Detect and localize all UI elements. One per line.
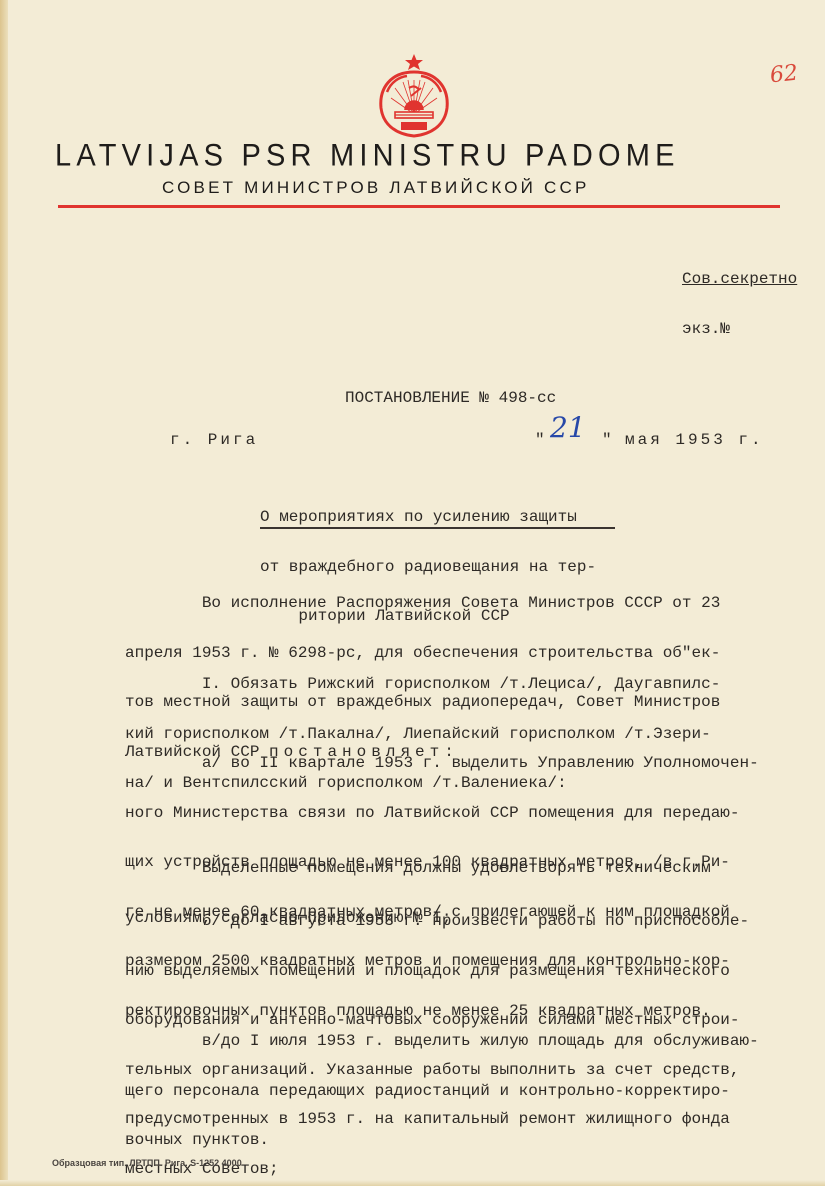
subject-line: О мероприятиях по усилению защиты <box>260 509 596 526</box>
text-line: вочных пунктов. <box>125 1132 759 1149</box>
text-line: нию выделяемых помещений и площадок для … <box>125 963 749 980</box>
document-title: ПОСТАНОВЛЕНИЕ № 498-сс <box>345 390 556 407</box>
text-line: в/до I июля 1953 г. выделить жилую площа… <box>125 1033 759 1050</box>
handwritten-day: 21 <box>550 420 586 437</box>
month-year: мая 1953 г. <box>625 432 764 449</box>
copy-number-label: экз.№ <box>682 321 797 338</box>
text-line: щего персонала передающих радиостанций и… <box>125 1083 759 1100</box>
text-line: б/ до I августа 1953 г. произвести работ… <box>125 913 749 930</box>
letterhead-latvian: LATVIJAS PSR MINISTRU PADOME <box>55 138 785 174</box>
text-line: Выделенные помещения должны удовлетворят… <box>125 860 711 877</box>
classification-stamp: Сов.секретно экз.№ <box>682 238 797 354</box>
quote-close: " <box>602 432 612 449</box>
letterhead-divider <box>58 205 780 208</box>
letterhead-russian: СОВЕТ МИНИСТРОВ ЛАТВИЙСКОЙ ССР <box>162 178 590 198</box>
clause-v: в/до I июля 1953 г. выделить жилую площа… <box>125 1000 759 1165</box>
printer-imprint: Образцовая тип. ЛРТПП. Рига. S-1252 4000 <box>52 1158 242 1168</box>
text-line: Во исполнение Распоряжения Совета Минист… <box>125 595 720 612</box>
subject-underline <box>260 527 615 529</box>
folio-number: 62 <box>769 61 799 89</box>
text-line: I. Обязать Рижский горисполком /т.Лециса… <box>125 676 720 693</box>
city: г. Рига <box>170 432 258 449</box>
quote-open: " <box>535 432 545 449</box>
text-line: а/ во II квартале 1953 г. выделить Управ… <box>125 755 759 772</box>
classification-level: Сов.секретно <box>682 271 797 288</box>
text-line: ного Министерства связи по Латвийской СС… <box>125 805 759 822</box>
coat-of-arms-icon <box>373 52 455 142</box>
paper-edge <box>0 0 8 1186</box>
